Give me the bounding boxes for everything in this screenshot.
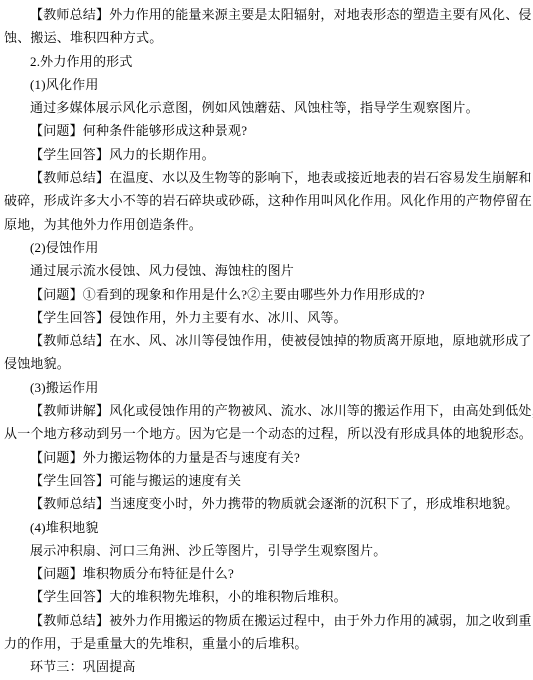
text-line: 通过多媒体展示风化示意图，例如风蚀蘑菇、风蚀柱等，指导学生观察图片。	[4, 96, 529, 119]
document-page: 【教师总结】外力作用的能量来源主要是太阳辐射，对地表形态的塑造主要有风化、侵蚀、…	[0, 0, 533, 680]
text-line: 【问题】①看到的现象和作用是什么?②主要由哪些外力作用形成的?	[4, 283, 529, 306]
text-line: 【问题】堆积物质分布特征是什么?	[4, 562, 529, 585]
text-line: (4)堆积地貌	[4, 516, 529, 539]
text-line: 从一个地方移动到另一个地方。因为它是一个动态的过程，所以没有形成具体的地貌形态。	[4, 422, 529, 445]
document-lines: 【教师总结】外力作用的能量来源主要是太阳辐射，对地表形态的塑造主要有风化、侵蚀、…	[4, 3, 529, 679]
text-line: 【学生回答】大的堆积物先堆积，小的堆积物后堆积。	[4, 585, 529, 608]
text-line: 【教师总结】在水、风、冰川等侵蚀作用，使被侵蚀掉的物质离开原地，原地就形成了	[4, 329, 529, 352]
text-line: (1)风化作用	[4, 73, 529, 96]
text-line: 原地，为其他外力作用创造条件。	[4, 213, 529, 236]
text-line: 破碎，形成许多大小不等的岩石碎块或砂砾，这种作用叫风化作用。风化作用的产物停留在	[4, 189, 529, 212]
text-line: 通过展示流水侵蚀、风力侵蚀、海蚀柱的图片	[4, 259, 529, 282]
text-line: 【问题】何种条件能够形成这种景观?	[4, 119, 529, 142]
text-line: 展示冲积扇、河口三角洲、沙丘等图片，引导学生观察图片。	[4, 539, 529, 562]
text-line: 【问题】外力搬运物体的力量是否与速度有关?	[4, 446, 529, 469]
text-line: 【学生回答】侵蚀作用，外力主要有水、冰川、风等。	[4, 306, 529, 329]
text-line: 【教师讲解】风化或侵蚀作用的产物被风、流水、冰川等的搬运作用下，由高处到低处，	[4, 399, 529, 422]
text-line: 【教师总结】被外力作用搬运的物质在搬运过程中，由于外力作用的减弱，加之收到重	[4, 609, 529, 632]
text-line: 【教师总结】外力作用的能量来源主要是太阳辐射，对地表形态的塑造主要有风化、侵	[4, 3, 529, 26]
text-line: 【教师总结】在温度、水以及生物等的影响下，地表或接近地表的岩石容易发生崩解和	[4, 166, 529, 189]
text-line: 【教师总结】当速度变小时，外力携带的物质就会逐渐的沉积下了，形成堆积地貌。	[4, 492, 529, 515]
text-line: 侵蚀地貌。	[4, 352, 529, 375]
text-line: 2.外力作用的形式	[4, 50, 529, 73]
text-line: 力的作用，于是重量大的先堆积，重量小的后堆积。	[4, 632, 529, 655]
text-line: 蚀、搬运、堆积四种方式。	[4, 26, 529, 49]
text-line: 【学生回答】风力的长期作用。	[4, 143, 529, 166]
text-line: (3)搬运作用	[4, 376, 529, 399]
text-line: 【学生回答】可能与搬运的速度有关	[4, 469, 529, 492]
text-line: (2)侵蚀作用	[4, 236, 529, 259]
text-line: 环节三：巩固提高	[4, 655, 529, 678]
